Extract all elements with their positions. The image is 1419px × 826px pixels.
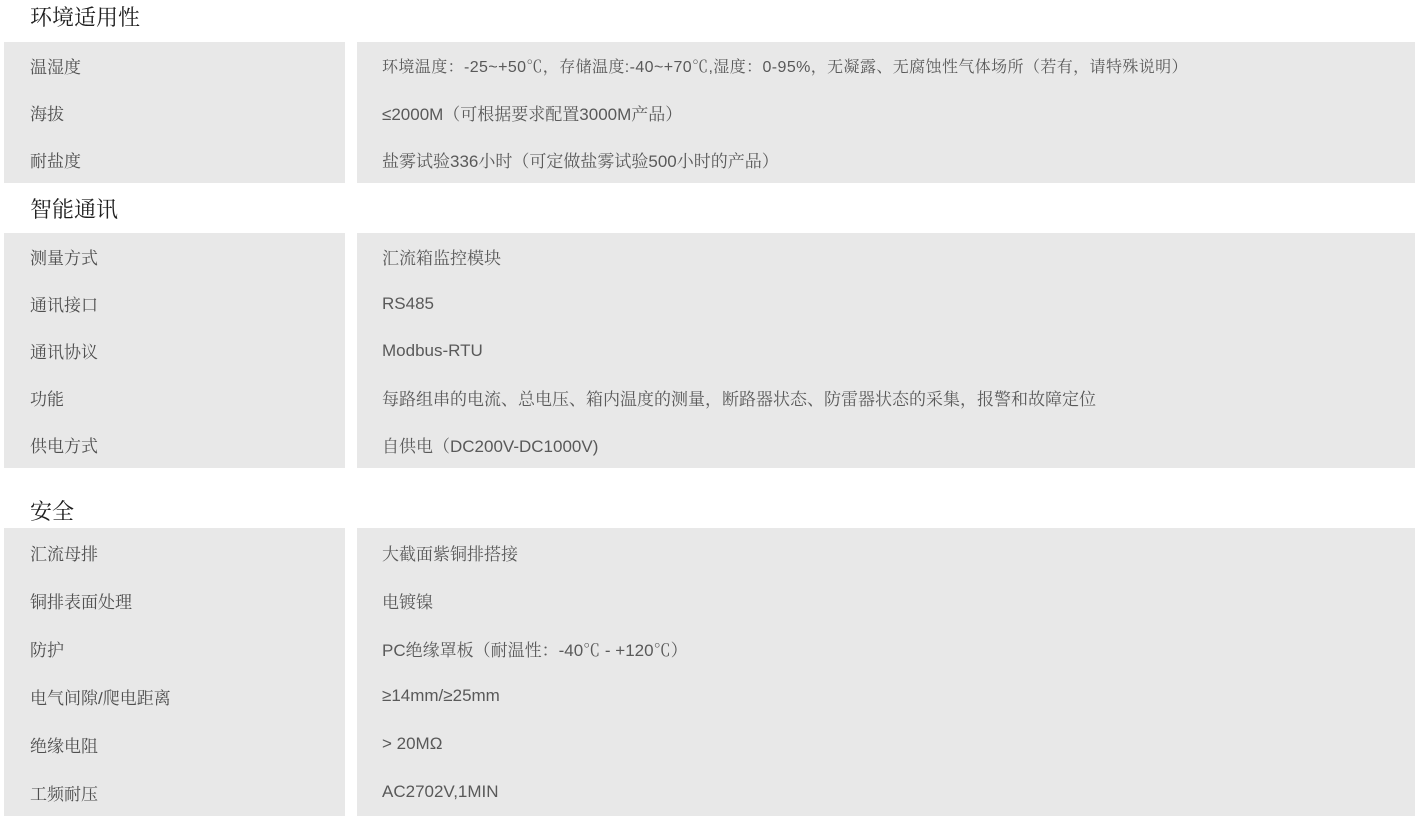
spec-value: 自供电（DC200V-DC1000V) [357,421,1415,468]
column-gap [345,720,357,768]
spec-label: 绝缘电阻 [4,720,345,768]
table-row: 防护 PC绝缘罩板（耐温性：-40℃ - +120℃） [0,624,1419,672]
spec-label: 海拔 [4,89,345,136]
column-gap [345,768,357,816]
spec-value: AC2702V,1MIN [357,768,1415,816]
table-row: 功能 每路组串的电流、总电压、箱内温度的测量，断路器状态、防雷器状态的采集，报警… [0,374,1419,421]
table-row: 绝缘电阻 > 20MΩ [0,720,1419,768]
spec-value: 电镀镍 [357,576,1415,624]
spec-label: 通讯协议 [4,327,345,374]
section-title-safety: 安全 [30,498,1419,526]
table-row: 通讯协议 Modbus-RTU [0,327,1419,374]
section-environment-table: 温湿度 环境温度：-25~+50℃，存储温度:-40~+70℃,湿度：0-95%… [0,42,1419,183]
spec-value: PC绝缘罩板（耐温性：-40℃ - +120℃） [357,624,1415,672]
spec-label: 通讯接口 [4,280,345,327]
spec-value: 盐雾试验336小时（可定做盐雾试验500小时的产品） [357,136,1415,183]
table-row: 测量方式 汇流箱监控模块 [0,233,1419,280]
spec-label: 测量方式 [4,233,345,280]
spec-value: Modbus-RTU [357,327,1415,374]
table-row: 通讯接口 RS485 [0,280,1419,327]
table-row: 汇流母排 大截面紫铜排搭接 [0,528,1419,576]
spec-label: 电气间隙/爬电距离 [4,672,345,720]
spec-value: ≤2000M（可根据要求配置3000M产品） [357,89,1415,136]
section-title-environment: 环境适用性 [30,4,1419,32]
spec-label: 铜排表面处理 [4,576,345,624]
spec-label: 功能 [4,374,345,421]
table-row: 海拔 ≤2000M（可根据要求配置3000M产品） [0,89,1419,136]
spec-label: 供电方式 [4,421,345,468]
table-row: 供电方式 自供电（DC200V-DC1000V) [0,421,1419,468]
spec-value: RS485 [357,280,1415,327]
table-row: 工频耐压 AC2702V,1MIN [0,768,1419,816]
spec-label: 耐盐度 [4,136,345,183]
column-gap [345,374,357,421]
column-gap [345,327,357,374]
spec-value: ≥14mm/≥25mm [357,672,1415,720]
column-gap [345,233,357,280]
spec-label: 温湿度 [4,42,345,89]
table-row: 耐盐度 盐雾试验336小时（可定做盐雾试验500小时的产品） [0,136,1419,183]
spec-sheet: 环境适用性 温湿度 环境温度：-25~+50℃，存储温度:-40~+70℃,湿度… [0,4,1419,816]
section-title-communication: 智能通讯 [30,196,1419,224]
table-row: 铜排表面处理 电镀镍 [0,576,1419,624]
column-gap [345,528,357,576]
spec-label: 工频耐压 [4,768,345,816]
column-gap [345,421,357,468]
table-row: 温湿度 环境温度：-25~+50℃，存储温度:-40~+70℃,湿度：0-95%… [0,42,1419,89]
spec-value: 汇流箱监控模块 [357,233,1415,280]
column-gap [345,280,357,327]
column-gap [345,136,357,183]
column-gap [345,42,357,89]
spec-value: 大截面紫铜排搭接 [357,528,1415,576]
column-gap [345,672,357,720]
column-gap [345,576,357,624]
spec-value: > 20MΩ [357,720,1415,768]
spec-value: 环境温度：-25~+50℃，存储温度:-40~+70℃,湿度：0-95%，无凝露… [357,42,1415,89]
section-safety-table: 汇流母排 大截面紫铜排搭接 铜排表面处理 电镀镍 防护 PC绝缘罩板（耐温性：-… [0,528,1419,816]
section-communication-table: 测量方式 汇流箱监控模块 通讯接口 RS485 通讯协议 Modbus-RTU … [0,233,1419,468]
spec-label: 防护 [4,624,345,672]
spec-label: 汇流母排 [4,528,345,576]
column-gap [345,89,357,136]
column-gap [345,624,357,672]
spec-value: 每路组串的电流、总电压、箱内温度的测量，断路器状态、防雷器状态的采集，报警和故障… [357,374,1415,421]
table-row: 电气间隙/爬电距离 ≥14mm/≥25mm [0,672,1419,720]
